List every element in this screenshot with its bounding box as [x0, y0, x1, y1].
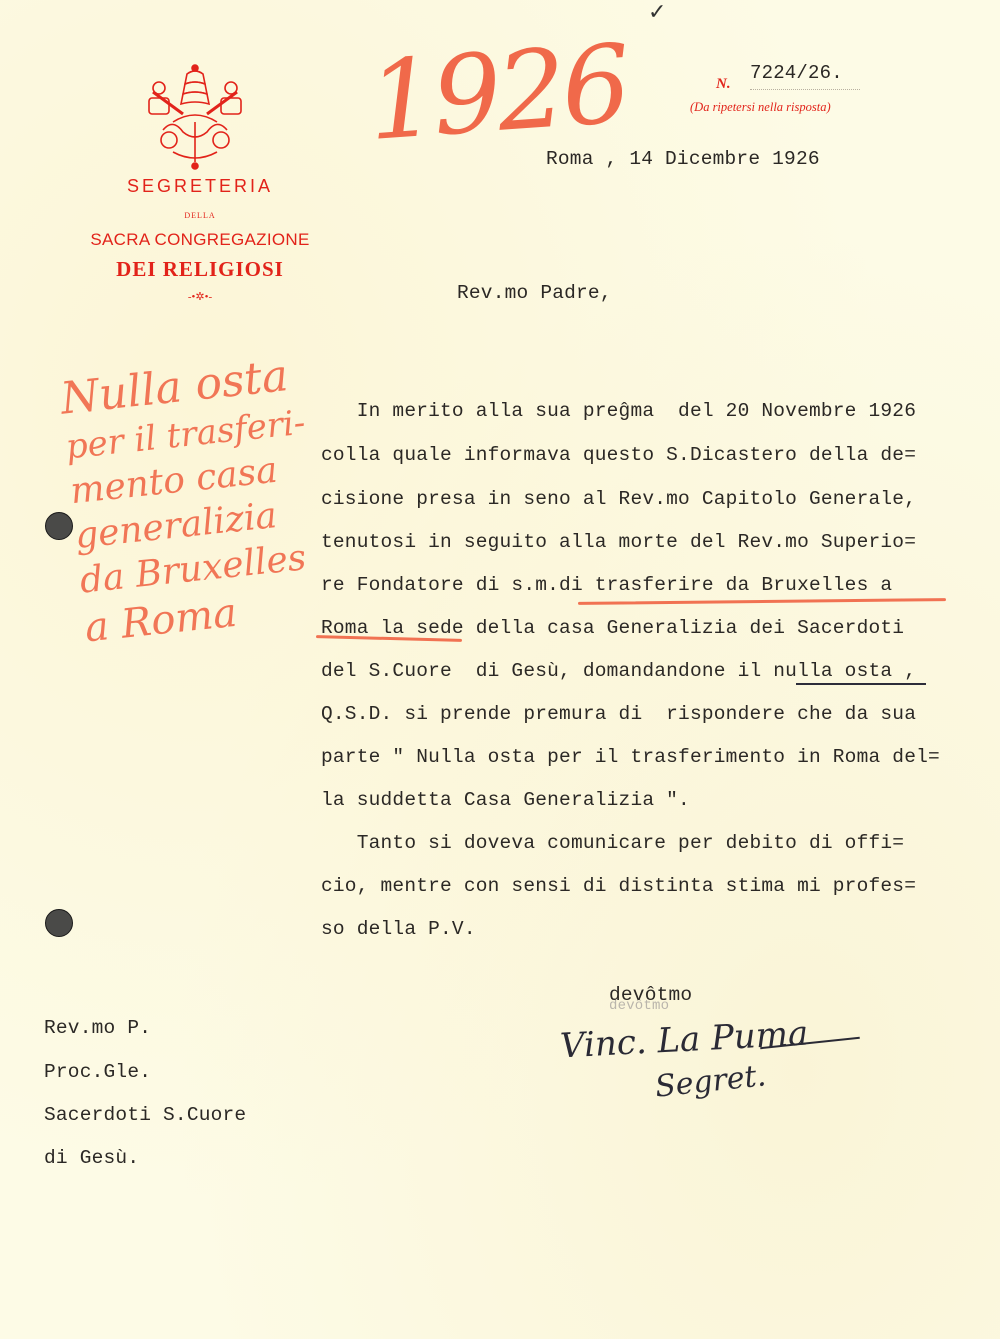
- ink-underline: [796, 683, 926, 685]
- papal-coat-of-arms-icon: [143, 62, 247, 172]
- body-line: cisione presa in seno al Rev.mo Capitolo…: [321, 488, 916, 510]
- body-line: In merito alla sua preĝma del 20 Novembr…: [321, 400, 916, 422]
- addressee-line: di Gesù.: [44, 1147, 139, 1169]
- body-line: cio, mentre con sensi di distinta stima …: [321, 875, 916, 897]
- body-line: Roma la sede della casa Generalizia dei …: [321, 617, 904, 639]
- ornament-icon: -•✲•-: [0, 290, 400, 303]
- body-line: Q.S.D. si prende premura di rispondere c…: [321, 703, 916, 725]
- letterhead-della: DELLA: [0, 211, 400, 220]
- body-line: so della P.V.: [321, 918, 476, 940]
- punch-hole-icon: [45, 512, 73, 540]
- body-line: Tanto si doveva comunicare per debito di…: [321, 832, 904, 854]
- body-line: parte " Nulla osta per il trasferimento …: [321, 746, 940, 768]
- addressee-line: Rev.mo P.: [44, 1017, 151, 1039]
- addressee-line: Proc.Gle.: [44, 1061, 151, 1083]
- margin-pencil-note: Nulla osta per il trasferi- mento casa g…: [58, 347, 326, 653]
- protocol-number: 7224/26.: [750, 62, 843, 84]
- addressee-line: Sacerdoti S.Cuore: [44, 1104, 246, 1126]
- checkmark-icon: ✓: [648, 0, 666, 25]
- body-line: colla quale informava questo S.Dicastero…: [321, 444, 916, 466]
- body-line: re Fondatore di s.m.di trasferire da Bru…: [321, 574, 892, 596]
- pencil-year-annotation: 1926: [365, 31, 631, 157]
- letterhead-religiosi: DEI RELIGIOSI: [0, 257, 400, 282]
- signature: Vinc. La Puma: [559, 1014, 809, 1067]
- signature-title: Segret.: [653, 1058, 767, 1104]
- protocol-note: (Da ripetersi nella risposta): [690, 100, 831, 115]
- body-line: del S.Cuore di Gesù, domandandone il nul…: [321, 660, 916, 682]
- protocol-label: N.: [716, 76, 731, 93]
- body-line: la suddetta Casa Generalizia ".: [321, 789, 690, 811]
- dateline: Roma , 14 Dicembre 1926: [546, 148, 820, 170]
- letterhead-congregation: SACRA CONGREGAZIONE: [0, 230, 400, 250]
- letterhead-office: SEGRETERIA: [0, 176, 400, 197]
- red-pencil-underline: [578, 598, 946, 605]
- closing-word: devôtmo: [609, 984, 692, 1006]
- protocol-dotted-line: [750, 89, 860, 90]
- punch-hole-icon: [45, 909, 73, 937]
- body-line: tenutosi in seguito alla morte del Rev.m…: [321, 531, 916, 553]
- salutation: Rev.mo Padre,: [457, 282, 612, 304]
